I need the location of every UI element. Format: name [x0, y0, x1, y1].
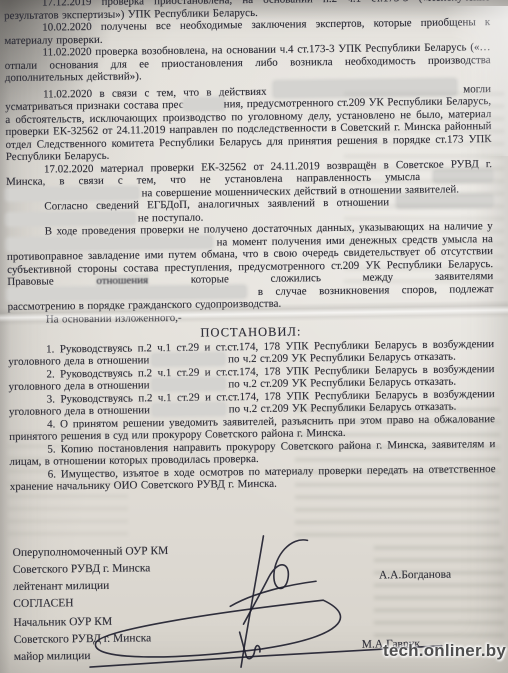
p-resumed: 11.02.2020 проверка возобновлена, на осн…	[4, 41, 490, 84]
signature-bogdanova	[242, 540, 308, 624]
chief-title-block: Начальник ОУР КМСоветского РУВД г. Минск…	[13, 613, 151, 666]
signature-bogdanova-flourish	[230, 581, 316, 606]
paper-left-shadow	[0, 0, 10, 673]
bleedthrough-text-area	[295, 408, 500, 540]
redaction-block	[153, 378, 225, 390]
signature-gavruk-squiggle	[240, 632, 260, 659]
signoff-line: Оперуполномоченный ОУР КМ	[13, 543, 169, 562]
bleedthrough-text-area	[374, 546, 504, 646]
text-run: 11.02.2020 проверка возобновлена, на осн…	[5, 41, 491, 84]
signoff-line: Советского РУВД г. Минска	[13, 560, 169, 579]
bleedthrough-text-area	[8, 432, 128, 537]
document-photo: 17.12.2019 проверка приостановлена, на о…	[0, 0, 508, 673]
redaction-block	[153, 403, 225, 415]
signature-gavruk-stem	[239, 536, 265, 667]
text-run: ПОСТАНОВИЛ:	[200, 324, 301, 339]
redaction-block	[6, 187, 138, 200]
redaction-block	[184, 98, 224, 109]
officer-title-block: Оперуполномоченный ОУР КМСоветского РУВД…	[13, 543, 169, 596]
text-run: отношения	[95, 274, 149, 287]
redaction-block	[7, 236, 212, 250]
agreed-label: СОГЛАСЕН	[13, 597, 73, 610]
signoff-line: лейтенант милиции	[13, 577, 169, 596]
signoff-line: Начальник ОУР КМ	[13, 613, 151, 632]
text-run: не поступало.	[134, 211, 203, 224]
redaction-block	[6, 212, 134, 225]
signoff-line: майор милиции	[14, 647, 152, 666]
bleedthrough-text-area	[344, 92, 504, 292]
signoff-line: Советского РУВД г. Минска	[14, 630, 152, 649]
redaction-block	[7, 286, 245, 300]
watermark: tech.onliner.by	[383, 641, 506, 661]
redaction-block	[153, 353, 225, 365]
